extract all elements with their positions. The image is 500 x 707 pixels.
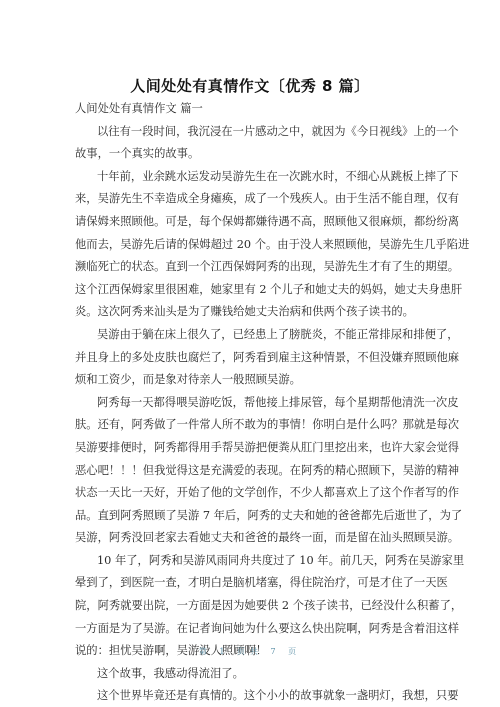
paragraph-line: 他而去，吴游先后请的保姆超过 20 个。由于没人来照顾他，吴游先生几乎陷进 [75,234,427,257]
paragraph-line: 这个故事，我感动得流泪了。 [75,663,427,686]
paragraph-line: 阿秀每一天都得喂吴游吃饭，帮他接上排尿管，每个星期帮他清洗一次皮 [75,392,427,415]
paragraph-line: 并且身上的多处皮肤也腐烂了，阿秀看到雇主这种情景，不但没嫌弃照顾他麻 [75,347,427,370]
paragraph-line: 一方面是为了吴游。在记者询问她为什么要这么快出院啊，阿秀是含着泪这样 [75,618,427,641]
page-number-footer: 第 1 页共 7 页 [0,646,500,657]
paragraph-line: 吴游由于躺在床上很久了，已经患上了膀胱炎，不能正常排尿和排便了， [75,324,427,347]
paragraph: 这个故事，我感动得流泪了。 [75,663,427,686]
paragraph-line: 十年前，业余跳水运发动吴游先生在一次跳水时，不细心从跳板上摔了下 [75,166,427,189]
section-heading: 人间处处有真情作文 篇一 [75,98,427,121]
paragraph-line: 炎。这次阿秀来汕头是为了赚钱给她丈夫治病和供两个孩子读书的。 [75,301,427,324]
paragraph: 吴游由于躺在床上很久了，已经患上了膀胱炎，不能正常排尿和排便了， 并且身上的多处… [75,324,427,392]
paragraph-line: 请保姆来照顾他。可是，每个保姆都嫌待遇不高，照顾他又很麻烦，都纷纷离 [75,211,427,234]
paragraph-line: 这个江西保姆家里很困难，她家里有 2 个儿子和她丈夫的妈妈，她丈夫身患肝 [75,279,427,302]
paragraph-line: 烦和工资少，而是象对待亲人一般照顾吴游。 [75,369,427,392]
document-title: 人间处处有真情作文〔优秀 8 篇〕 [0,75,500,96]
paragraph-line: 濒临死亡的状态。直到一个江西保姆阿秀的出现，吴游先生才有了生的期望。 [75,256,427,279]
paragraph-line: 恶心吧！！！但我觉得这是充满爱的表现。在阿秀的精心照顾下，吴游的精神 [75,460,427,483]
paragraph-line: 晕到了，到医院一查，才明白是脑机堵塞，得住院治疗，可是才住了一天医 [75,572,427,595]
paragraph: 以往有一段时间，我沉浸在一片感动之中，就因为《今日视线》上的一个 故事，一个真实… [75,121,427,166]
paragraph-line: 吴游要排便时，阿秀都得用手帮吴游把便粪从肛门里挖出来，也许大家会觉得 [75,437,427,460]
paragraph-line: 院，阿秀就要出院，一方面是因为她要供 2 个孩子读书，已经没什么积蓄了， [75,595,427,618]
paragraph: 阿秀每一天都得喂吴游吃饭，帮他接上排尿管，每个星期帮他清洗一次皮 肤。还有，阿秀… [75,392,427,550]
paragraph-line: 来，吴游先生不幸造成全身瘫痪，成了一个残疾人。由于生活不能自理，仅有 [75,188,427,211]
paragraph-line: 品。直到阿秀照顾了吴游 7 年后，阿秀的丈夫和她的爸爸都先后逝世了，为了 [75,505,427,528]
paragraph-line: 这个世界毕竟还是有真情的。这个小小的故事就象一盏明灯，我想，只要 [75,685,427,707]
paragraph-line: 10 年了，阿秀和吴游风雨同舟共度过了 10 年。前几天，阿秀在吴游家里 [75,550,427,573]
paragraph-line: 吴游，阿秀没回老家去看她丈夫和爸爸的最终一面，而是留在汕头照顾吴游。 [75,527,427,550]
paragraph-line: 状态一天比一天好，开始了他的文学创作，不少人都喜欢上了这个作者写的作 [75,482,427,505]
paragraph: 这个世界毕竟还是有真情的。这个小小的故事就象一盏明灯，我想，只要 [75,685,427,707]
document-page: 人间处处有真情作文〔优秀 8 篇〕 人间处处有真情作文 篇一 以往有一段时间，我… [0,0,500,707]
document-body: 人间处处有真情作文 篇一 以往有一段时间，我沉浸在一片感动之中，就因为《今日视线… [75,98,427,707]
paragraph-line: 故事，一个真实的故事。 [75,143,427,166]
paragraph-line: 以往有一段时间，我沉浸在一片感动之中，就因为《今日视线》上的一个 [75,121,427,144]
paragraph: 十年前，业余跳水运发动吴游先生在一次跳水时，不细心从跳板上摔了下 来，吴游先生不… [75,166,427,324]
paragraph-line: 肤。还有，阿秀做了一件常人所不敢为的事情！你明白是什么吗？那就是每次 [75,414,427,437]
